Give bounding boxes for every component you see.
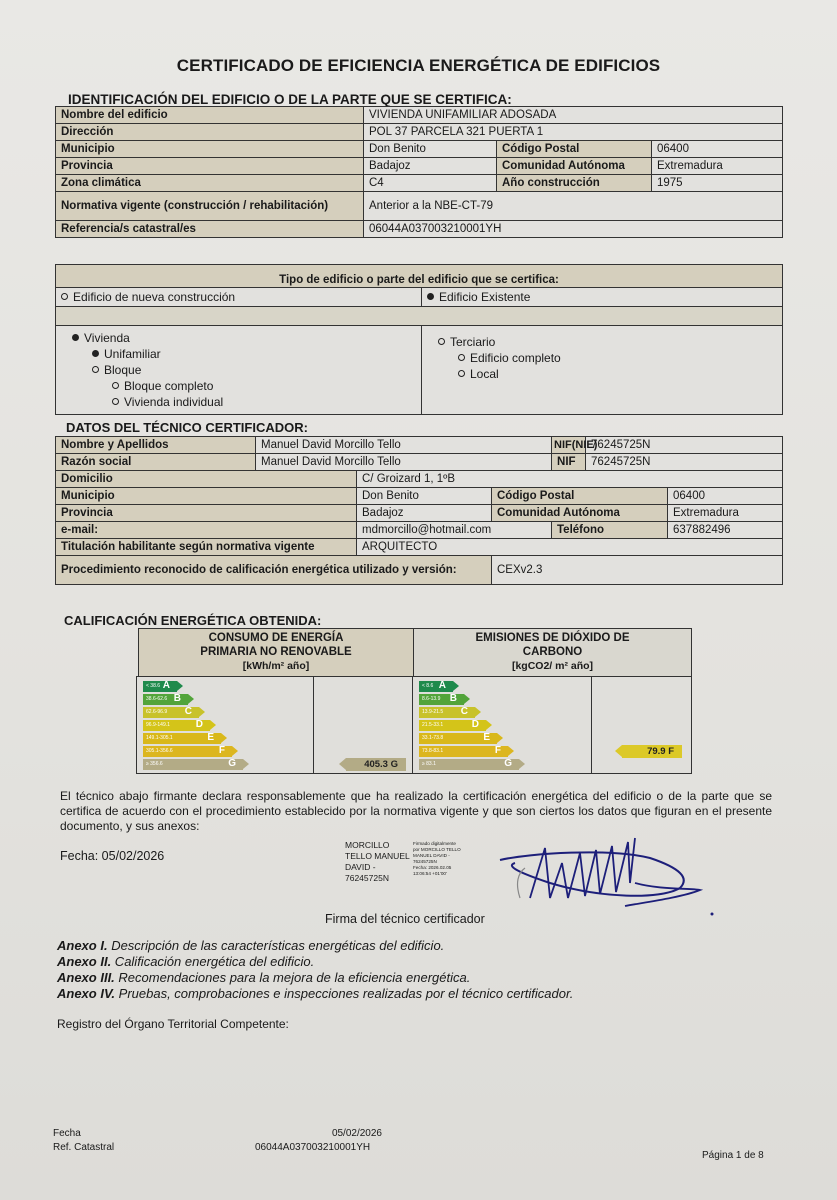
tecnico-heading: DATOS DEL TÉCNICO CERTIFICADOR: <box>66 420 308 435</box>
footer-ref-label: Ref. Catastral <box>53 1142 114 1153</box>
normativa-value: Anterior a la NBE-CT-79 <box>364 192 783 221</box>
titulacion-value: ARQUITECTO <box>357 539 783 556</box>
cp-value: 06400 <box>652 141 783 158</box>
nombre-label: Nombre del edificio <box>56 107 364 124</box>
identificacion-heading: IDENTIFICACIÓN DEL EDIFICIO O DE LA PART… <box>68 92 512 107</box>
signer-name: MORCILLO TELLO MANUEL DAVID - 76245725N <box>345 840 410 884</box>
referencia-value: 06044A037003210001YH <box>364 221 783 238</box>
radio-icon <box>61 293 68 300</box>
emisiones-rating-marker: 79.9 F <box>622 745 682 758</box>
certificate-page: CERTIFICADO DE EFICIENCIA ENERGÉTICA DE … <box>0 0 837 1200</box>
emisiones-bar-a: < 8.6A <box>419 681 453 692</box>
telefono-label: Teléfono <box>552 522 668 539</box>
domicilio-value: C/ Groizard 1, 1ºB <box>357 471 783 488</box>
tec-municipio-value: Don Benito <box>357 488 492 505</box>
radio-icon <box>458 354 465 361</box>
tec-cp-label: Código Postal <box>492 488 668 505</box>
emisiones-scale: < 8.6A8.6-13.9B13.9-21.5C21.5-33.1D33.1-… <box>412 676 592 774</box>
firma-label: Firma del técnico certificador <box>325 912 485 926</box>
razon-label: Razón social <box>56 454 256 471</box>
option-vivienda-individual[interactable]: Vivienda individual <box>72 394 421 410</box>
ccaa-label: Comunidad Autónoma <box>497 158 652 175</box>
procedimiento-value: CEXv2.3 <box>492 556 783 585</box>
page-number: Página 1 de 8 <box>702 1150 764 1161</box>
option-terciario[interactable]: Terciario <box>438 334 782 350</box>
radio-icon <box>92 366 99 373</box>
emisiones-bar-d: 21.5-33.1D <box>419 720 486 731</box>
tec-municipio-label: Municipio <box>56 488 357 505</box>
tipo-heading: Tipo de edificio o parte del edificio qu… <box>56 273 783 288</box>
tec-cp-value: 06400 <box>668 488 783 505</box>
consumo-bar-b: 38.6-62.6B <box>143 694 188 705</box>
consumo-bar-d: 96.9-149.1D <box>143 720 210 731</box>
tec-provincia-value: Badajoz <box>357 505 492 522</box>
nif-label: NIF <box>552 454 586 471</box>
nifnie-label: NIF(NIE) <box>552 437 586 454</box>
footer-fecha-value: 05/02/2026 <box>255 1128 382 1139</box>
zona-label: Zona climática <box>56 175 364 192</box>
registro-label: Registro del Órgano Territorial Competen… <box>57 1017 289 1031</box>
email-label: e-mail: <box>56 522 357 539</box>
radio-icon <box>112 382 119 389</box>
tecnico-table: Nombre y Apellidos Manuel David Morcillo… <box>55 436 783 585</box>
tec-provincia-label: Provincia <box>56 505 357 522</box>
ccaa-value: Extremadura <box>652 158 783 175</box>
consumo-bar-g: ≥ 356.6G <box>143 759 243 770</box>
option-nueva-construccion[interactable]: Edificio de nueva construcción <box>56 288 422 307</box>
radio-icon <box>72 334 79 341</box>
footer-ref-value: 06044A037003210001YH <box>255 1142 370 1153</box>
procedimiento-label: Procedimiento reconocido de calificación… <box>56 556 492 585</box>
anexo-3: Anexo III. Recomendaciones para la mejor… <box>57 970 470 985</box>
option-edificio-existente[interactable]: Edificio Existente <box>422 288 783 307</box>
anexo-1: Anexo I. Descripción de las característi… <box>57 938 444 953</box>
footer-fecha-label: Fecha <box>53 1128 81 1139</box>
anio-label: Año construcción <box>497 175 652 192</box>
option-bloque[interactable]: Bloque <box>72 362 421 378</box>
consumo-scale: < 38.6A38.6-62.6B62.6-96.9C96.9-149.1D14… <box>136 676 314 774</box>
direccion-value: POL 37 PARCELA 321 PUERTA 1 <box>364 124 783 141</box>
anio-value: 1975 <box>652 175 783 192</box>
vivienda-options: Vivienda Unifamiliar Bloque Bloque compl… <box>56 326 422 415</box>
email-value: mdmorcillo@hotmail.com <box>357 522 552 539</box>
provincia-label: Provincia <box>56 158 364 175</box>
document-title: CERTIFICADO DE EFICIENCIA ENERGÉTICA DE … <box>0 56 837 76</box>
normativa-label: Normativa vigente (construcción / rehabi… <box>56 192 364 221</box>
emisiones-bar-c: 13.9-21.5C <box>419 707 475 718</box>
emisiones-bar-e: 33.1-73.8E <box>419 733 497 744</box>
consumo-bar-e: 149.1-305.1E <box>143 733 221 744</box>
anexo-2: Anexo II. Calificación energética del ed… <box>57 954 314 969</box>
option-edificio-completo[interactable]: Edificio completo <box>438 350 782 366</box>
option-bloque-completo[interactable]: Bloque completo <box>72 378 421 394</box>
referencia-label: Referencia/s catastral/es <box>56 221 364 238</box>
fecha: Fecha: 05/02/2026 <box>60 849 164 863</box>
anexo-4: Anexo IV. Pruebas, comprobaciones e insp… <box>57 986 573 1001</box>
tecnico-nombre-value: Manuel David Morcillo Tello <box>256 437 552 454</box>
radio-icon <box>438 338 445 345</box>
tec-ccaa-label: Comunidad Autónoma <box>492 505 668 522</box>
municipio-value: Don Benito <box>364 141 497 158</box>
terciario-options: Terciario Edificio completo Local <box>422 326 783 415</box>
razon-value: Manuel David Morcillo Tello <box>256 454 552 471</box>
direccion-label: Dirección <box>56 124 364 141</box>
nif-value: 76245725N <box>586 454 783 471</box>
emisiones-bar-f: 73.8-83.1F <box>419 746 508 757</box>
calificacion-heading: CALIFICACIÓN ENERGÉTICA OBTENIDA: <box>64 613 321 628</box>
tecnico-nombre-label: Nombre y Apellidos <box>56 437 256 454</box>
consumo-bar-f: 305.1-356.6F <box>143 746 232 757</box>
emisiones-result: 79.9 F <box>592 676 692 774</box>
tec-ccaa-value: Extremadura <box>668 505 783 522</box>
radio-icon <box>112 398 119 405</box>
option-unifamiliar[interactable]: Unifamiliar <box>72 346 421 362</box>
nifnie-value: 76245725N <box>586 437 783 454</box>
handwritten-signature-icon <box>490 828 720 923</box>
radio-icon <box>92 350 99 357</box>
emisiones-bar-g: ≥ 83.1G <box>419 759 519 770</box>
emisiones-header: EMISIONES DE DIÓXIDO DE CARBONO [kgCO2/ … <box>414 628 692 678</box>
tipo-edificio-table: Tipo de edificio o parte del edificio qu… <box>55 264 783 415</box>
provincia-value: Badajoz <box>364 158 497 175</box>
nombre-value: VIVIENDA UNIFAMILIAR ADOSADA <box>364 107 783 124</box>
option-local[interactable]: Local <box>438 366 782 382</box>
calificacion-chart: CONSUMO DE ENERGÍA PRIMARIA NO RENOVABLE… <box>138 628 694 776</box>
emisiones-bar-b: 8.6-13.9B <box>419 694 464 705</box>
zona-value: C4 <box>364 175 497 192</box>
consumo-bar-c: 62.6-96.9C <box>143 707 199 718</box>
digital-signature-info: Firmado digitalmente por MORCILLO TELLO … <box>413 841 473 877</box>
identificacion-table: Nombre del edificio VIVIENDA UNIFAMILIAR… <box>55 106 783 238</box>
titulacion-label: Titulación habilitante según normativa v… <box>56 539 357 556</box>
consumo-header: CONSUMO DE ENERGÍA PRIMARIA NO RENOVABLE… <box>138 628 414 678</box>
radio-icon <box>427 293 434 300</box>
domicilio-label: Domicilio <box>56 471 357 488</box>
consumo-rating-marker: 405.3 G <box>346 758 406 771</box>
consumo-result: 405.3 G <box>314 676 414 774</box>
radio-icon <box>458 370 465 377</box>
cp-label: Código Postal <box>497 141 652 158</box>
consumo-bar-a: < 38.6A <box>143 681 177 692</box>
municipio-label: Municipio <box>56 141 364 158</box>
telefono-value: 637882496 <box>668 522 783 539</box>
option-vivienda[interactable]: Vivienda <box>72 330 421 346</box>
